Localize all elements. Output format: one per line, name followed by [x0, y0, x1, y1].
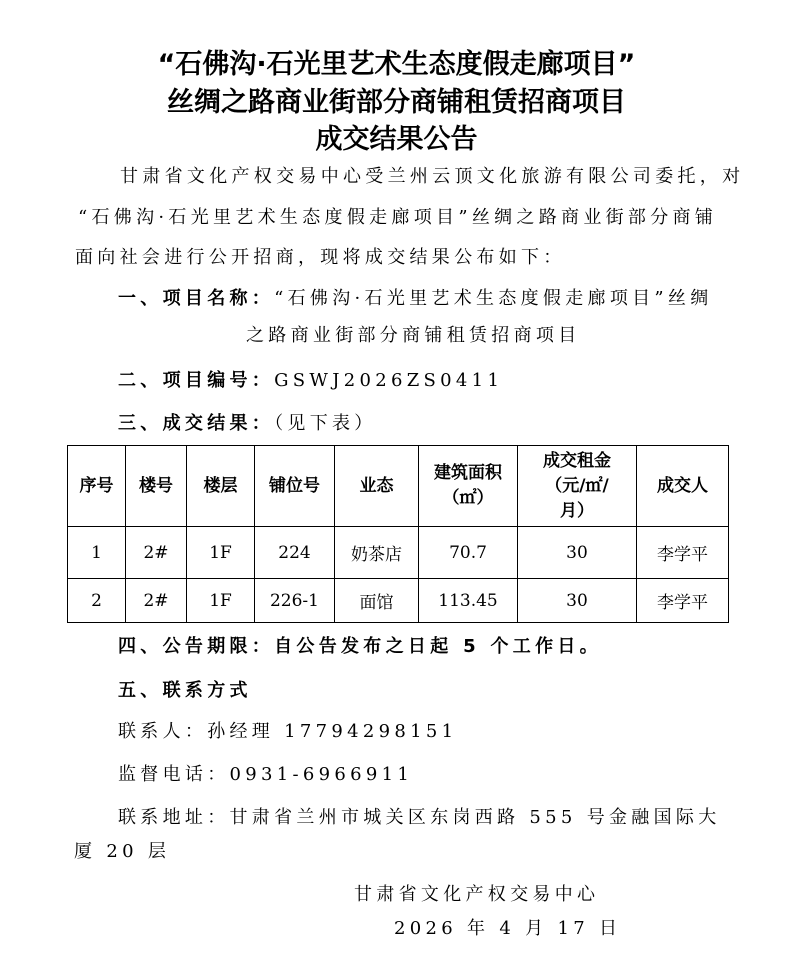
intro-line-1: 甘肃省文化产权交易中心受兰州云顶文化旅游有限公司委托，对	[120, 162, 744, 188]
intro-line-2: “石佛沟·石光里艺术生态度假走廊项目”丝绸之路商业街部分商铺	[78, 203, 717, 229]
result-value: （见下表）	[274, 413, 377, 434]
header-business-type: 业态	[335, 446, 419, 527]
header-shop-number: 铺位号	[255, 446, 335, 527]
project-name-label: 一、项目名称：	[118, 288, 274, 309]
table-row: 2 2# 1F 226-1 面馆 113.45 30 李学平	[68, 579, 729, 623]
header-serial: 序号	[68, 446, 126, 527]
cell-tenant: 李学平	[637, 527, 729, 579]
cell-building: 2#	[126, 579, 187, 623]
header-rent: 成交租金（元/㎡/月）	[518, 446, 637, 527]
project-name-value: “石佛沟·石光里艺术生态度假走廊项目”丝绸	[274, 288, 712, 309]
project-name-value-cont: 之路商业街部分商铺租赁招商项目	[246, 321, 581, 347]
project-number-label: 二、项目编号：	[118, 370, 274, 391]
cell-tenant: 李学平	[637, 579, 729, 623]
cell-serial: 2	[68, 579, 126, 623]
project-number-value: GSWJ2026ZS0411	[274, 370, 503, 391]
cell-area: 70.7	[419, 527, 518, 579]
title-line-1: “石佛沟·石光里艺术生态度假走廊项目”	[0, 42, 793, 81]
contact-heading: 五、联系方式	[118, 676, 252, 702]
title-line-2: 丝绸之路商业街部分商铺租赁招商项目	[0, 80, 793, 119]
cell-business-type: 面馆	[335, 579, 419, 623]
header-building: 楼号	[126, 446, 187, 527]
cell-building: 2#	[126, 527, 187, 579]
announcement-period-row: 四、公告期限：自公告发布之日起 5 个工作日。	[118, 632, 602, 658]
supervision-phone: 监督电话：0931-6966911	[118, 760, 413, 786]
cell-rent: 30	[518, 579, 637, 623]
announcement-period-value: 自公告发布之日起 5 个工作日。	[274, 636, 602, 657]
signature-date: 2026 年 4 月 17 日	[394, 914, 621, 940]
cell-serial: 1	[68, 527, 126, 579]
header-area: 建筑面积（㎡）	[419, 446, 518, 527]
header-tenant: 成交人	[637, 446, 729, 527]
cell-floor: 1F	[187, 527, 255, 579]
project-number-row: 二、项目编号：GSWJ2026ZS0411	[118, 366, 503, 392]
contact-person: 联系人：孙经理 17794298151	[118, 717, 457, 743]
cell-shop-number: 224	[255, 527, 335, 579]
table-row: 1 2# 1F 224 奶茶店 70.7 30 李学平	[68, 527, 729, 579]
intro-line-3: 面向社会进行公开招商，现将成交结果公布如下：	[75, 243, 566, 269]
cell-area: 113.45	[419, 579, 518, 623]
results-table: 序号 楼号 楼层 铺位号 业态 建筑面积（㎡） 成交租金（元/㎡/月） 成交人 …	[67, 445, 729, 623]
table-header-row: 序号 楼号 楼层 铺位号 业态 建筑面积（㎡） 成交租金（元/㎡/月） 成交人	[68, 446, 729, 527]
result-label: 三、成交结果：	[118, 413, 274, 434]
cell-rent: 30	[518, 527, 637, 579]
title-line-3: 成交结果公告	[0, 117, 793, 156]
header-floor: 楼层	[187, 446, 255, 527]
project-name-row: 一、项目名称：“石佛沟·石光里艺术生态度假走廊项目”丝绸	[118, 284, 713, 310]
signature-organization: 甘肃省文化产权交易中心	[354, 880, 599, 906]
contact-address-line-1: 联系地址：甘肃省兰州市城关区东岗西路 555 号金融国际大	[118, 803, 721, 829]
announcement-period-label: 四、公告期限：	[118, 636, 274, 657]
cell-floor: 1F	[187, 579, 255, 623]
cell-shop-number: 226-1	[255, 579, 335, 623]
cell-business-type: 奶茶店	[335, 527, 419, 579]
contact-address-line-2: 厦 20 层	[74, 837, 170, 863]
result-row: 三、成交结果：（见下表）	[118, 409, 377, 435]
